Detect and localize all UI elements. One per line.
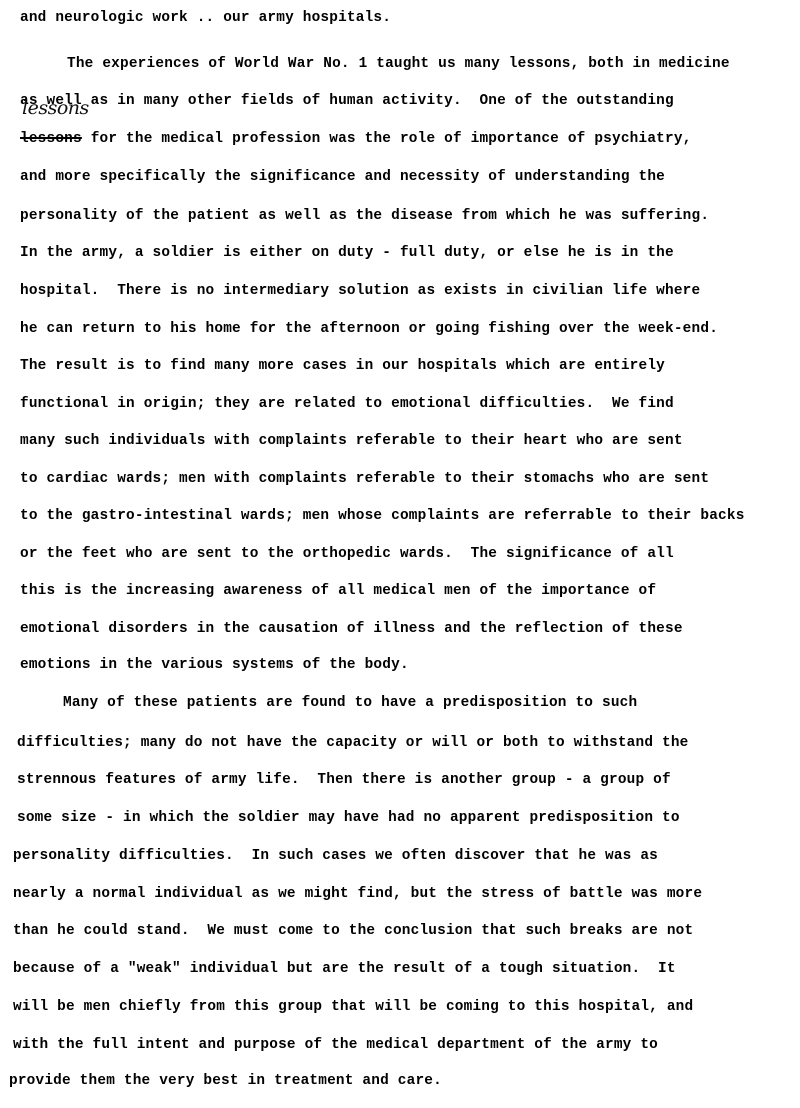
text-line: many such individuals with complaints re… bbox=[20, 432, 683, 450]
text-line: personality of the patient as well as th… bbox=[20, 207, 709, 225]
text-line: personality difficulties. In such cases … bbox=[13, 847, 658, 865]
handwritten-correction: lessons bbox=[22, 97, 89, 119]
text-line: to the gastro-intestinal wards; men whos… bbox=[20, 507, 745, 525]
text-line: because of a "weak" individual but are t… bbox=[13, 960, 676, 978]
text-line: In the army, a soldier is either on duty… bbox=[20, 244, 674, 262]
text-line: some size - in which the soldier may hav… bbox=[17, 809, 680, 827]
text-line: hospital. There is no intermediary solut… bbox=[20, 282, 700, 300]
text-line: with the full intent and purpose of the … bbox=[13, 1036, 658, 1054]
text-line: or the feet who are sent to the orthoped… bbox=[20, 545, 674, 563]
text-line: emotions in the various systems of the b… bbox=[20, 656, 409, 674]
text-line: he can return to his home for the aftern… bbox=[20, 320, 718, 338]
text-line: than he could stand. We must come to the… bbox=[13, 922, 693, 940]
text-line: functional in origin; they are related t… bbox=[20, 395, 674, 413]
text-line: strennous features of army life. Then th… bbox=[17, 771, 671, 789]
text-line: The experiences of World War No. 1 taugh… bbox=[67, 55, 730, 73]
text-line: provide them the very best in treatment … bbox=[9, 1072, 442, 1090]
text-line: The result is to find many more cases in… bbox=[20, 357, 665, 375]
text-line: to cardiac wards; men with complaints re… bbox=[20, 470, 709, 488]
text-line: nearly a normal individual as we might f… bbox=[13, 885, 702, 903]
line-text: for the medical profession was the role … bbox=[82, 131, 692, 147]
text-line: and neurologic work .. our army hospital… bbox=[20, 9, 391, 27]
text-line: will be men chiefly from this group that… bbox=[13, 998, 693, 1016]
text-line: difficulties; many do not have the capac… bbox=[17, 734, 689, 752]
text-line: and more specifically the significance a… bbox=[20, 168, 665, 186]
struck-word: lessons bbox=[20, 131, 82, 147]
text-line: this is the increasing awareness of all … bbox=[20, 582, 656, 600]
text-line: as well as in many other fields of human… bbox=[20, 92, 674, 110]
text-line: Many of these patients are found to have… bbox=[63, 694, 637, 712]
text-line: emotional disorders in the causation of … bbox=[20, 620, 683, 638]
text-line: lessons for the medical profession was t… bbox=[20, 130, 692, 148]
